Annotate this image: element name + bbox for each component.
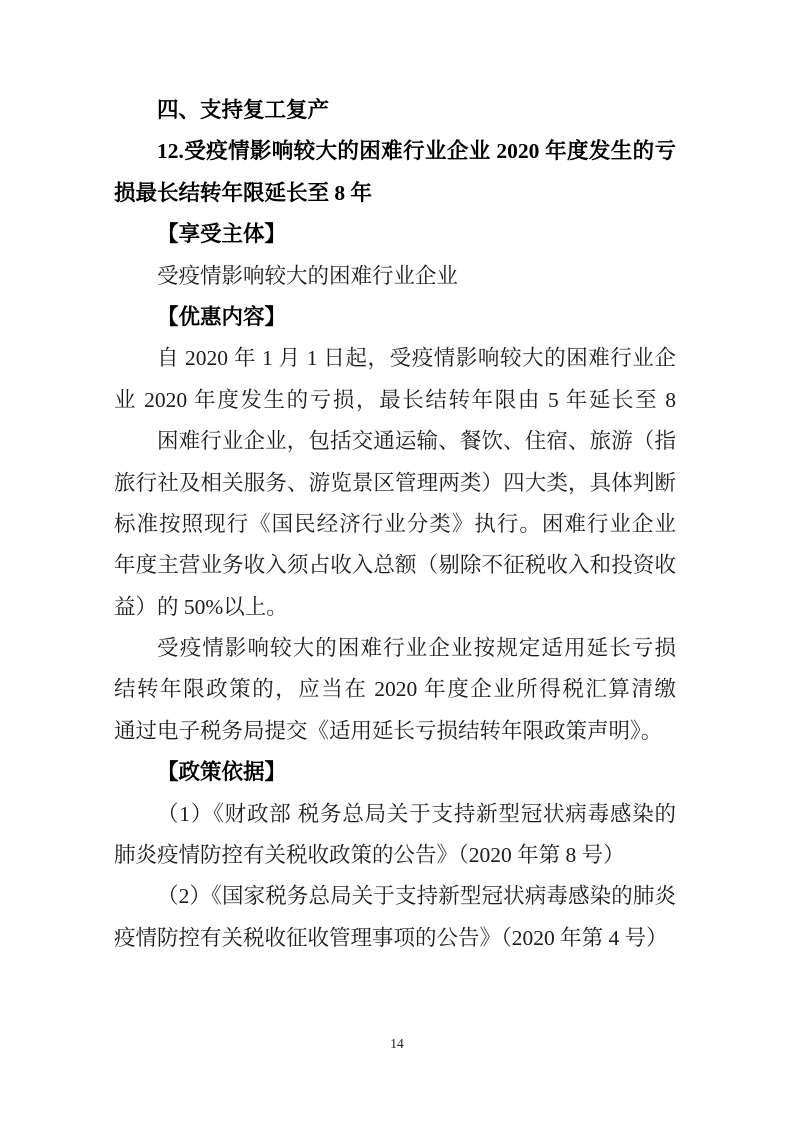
body-line: 益）的 50%以上。 <box>114 587 676 628</box>
page-number: 14 <box>0 1036 794 1052</box>
policy-reference-1-line-2: 肺炎疫情防控有关税收政策的公告》（2020 年第 8 号） <box>114 835 676 876</box>
body-line: 自 2020 年 1 月 1 日起，受疫情影响较大的困难行业企 <box>114 338 676 379</box>
body-line: 结转年限政策的，应当在 2020 年度企业所得税汇算清缴时， <box>114 669 676 710</box>
body-line: 标准按照现行《国民经济行业分类》执行。困难行业企业 2020 <box>114 504 676 545</box>
body-line: 旅行社及相关服务、游览景区管理两类）四大类，具体判断 <box>114 463 676 504</box>
body-line: 困难行业企业，包括交通运输、餐饮、住宿、旅游（指 <box>114 421 676 462</box>
heading-beneficiary: 【享受主体】 <box>114 214 676 255</box>
policy-reference-2-line-2: 疫情防控有关税收征收管理事项的公告》（2020 年第 4 号） <box>114 918 676 959</box>
body-line: 业 2020 年度发生的亏损，最长结转年限由 5 年延长至 8 年。 <box>114 380 676 421</box>
document-page: 四、支持复工复产 12.受疫情影响较大的困难行业企业 2020 年度发生的亏 损… <box>0 0 794 1123</box>
policy-reference-1-line-1: （1）《财政部 税务总局关于支持新型冠状病毒感染的 <box>114 794 676 835</box>
beneficiary-text: 受疫情影响较大的困难行业企业 <box>114 256 676 297</box>
heading-policy-basis: 【政策依据】 <box>114 752 676 793</box>
item-title-line-2: 损最长结转年限延长至 8 年 <box>114 173 676 214</box>
body-line: 受疫情影响较大的困难行业企业按规定适用延长亏损 <box>114 628 676 669</box>
section-heading: 四、支持复工复产 <box>114 90 676 131</box>
policy-reference-2-line-1: （2）《国家税务总局关于支持新型冠状病毒感染的肺炎 <box>114 876 676 917</box>
item-title-line-1: 12.受疫情影响较大的困难行业企业 2020 年度发生的亏 <box>114 131 676 172</box>
body-line: 通过电子税务局提交《适用延长亏损结转年限政策声明》。 <box>114 711 676 752</box>
heading-benefit-content: 【优惠内容】 <box>114 297 676 338</box>
document-body: 四、支持复工复产 12.受疫情影响较大的困难行业企业 2020 年度发生的亏 损… <box>114 90 676 959</box>
body-line: 年度主营业务收入须占收入总额（剔除不征税收入和投资收 <box>114 545 676 586</box>
